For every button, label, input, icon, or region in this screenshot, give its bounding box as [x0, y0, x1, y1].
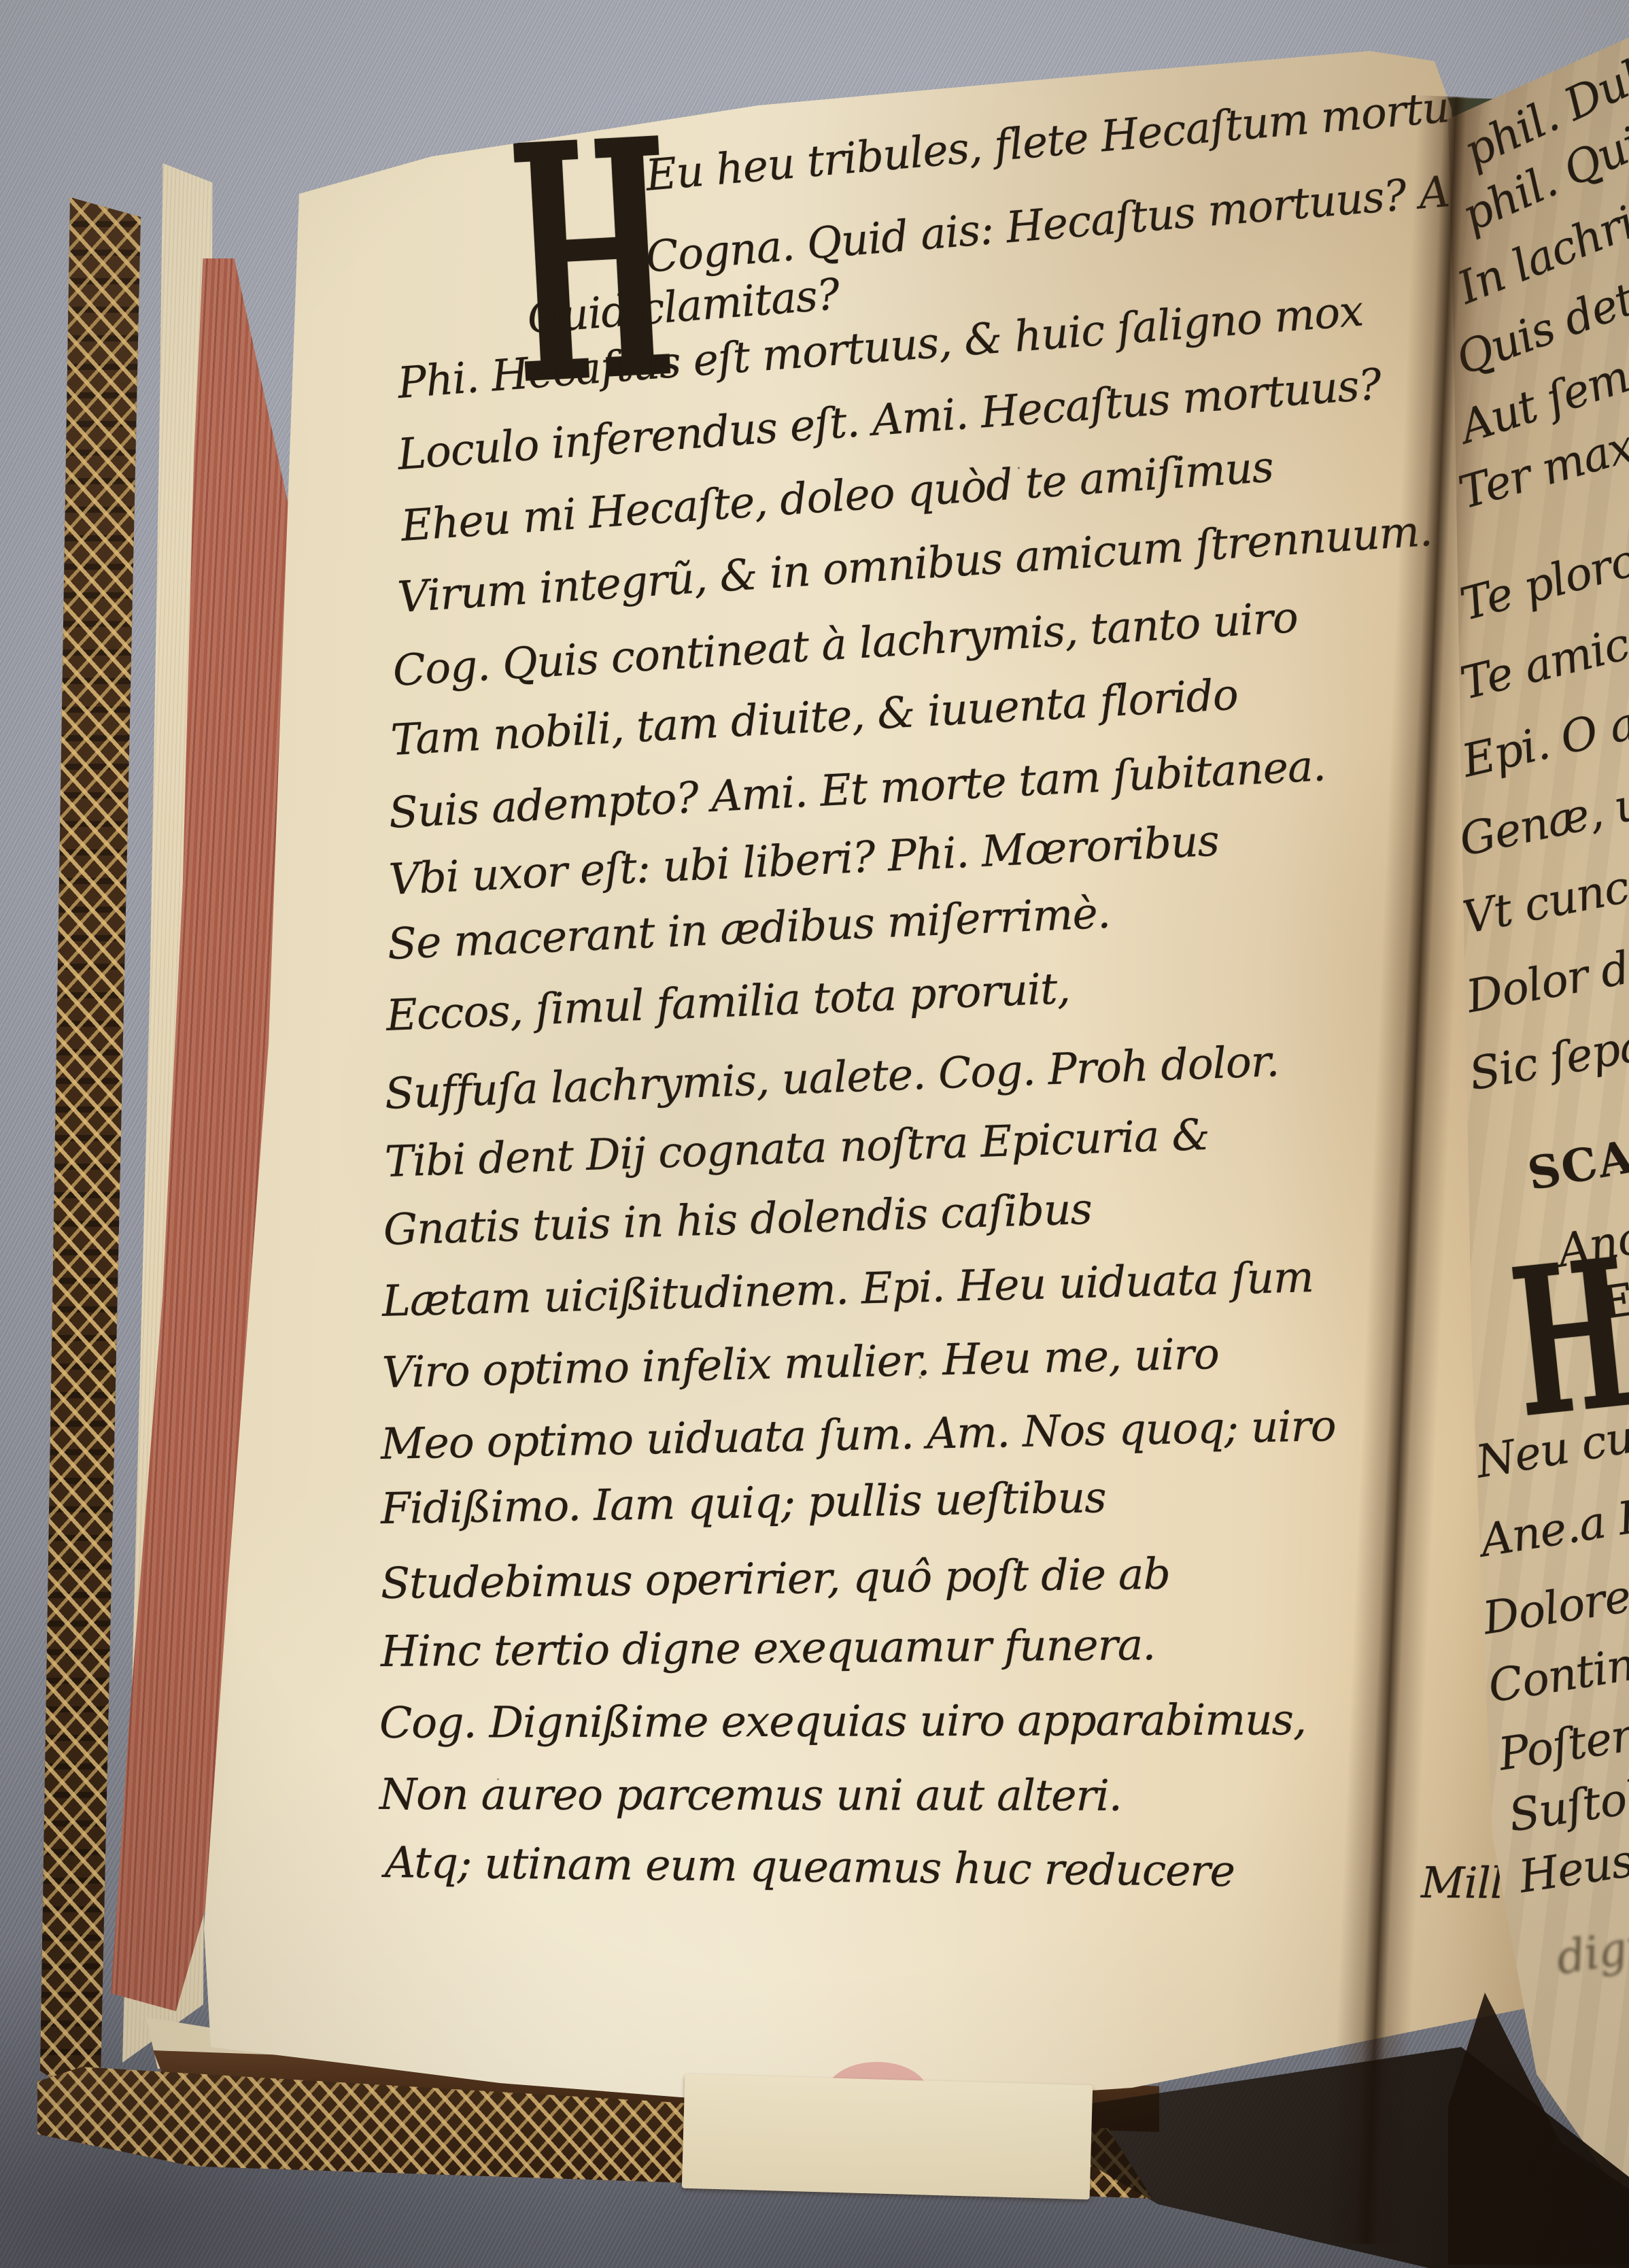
text-line-fragment: Dolore: [1479, 1570, 1629, 1645]
text-line-fragment: Poſteri: [1495, 1707, 1629, 1781]
text-line: Fidißimo. Iam quiq; pullis ueſtibus: [380, 1471, 1106, 1536]
text-line: Studebimus operirier, quô poſt die ab: [381, 1548, 1171, 1610]
text-line-fragment: Dolor dol: [1462, 934, 1629, 1023]
paper-repair-tab: [682, 2074, 1093, 2200]
text-line: Meo optimo uiduata ſum. Am. Nos quoq; ui…: [380, 1400, 1336, 1471]
scene-heading-fragment: SCAE: [1523, 1119, 1629, 1204]
text-line: Non aureo parcemus uni aut alteri.: [379, 1768, 1122, 1823]
text-line: Tibi dent Dij cognata noſtra Epicuria &: [384, 1108, 1210, 1189]
text-line: Eccos, ſimul familia tota proruit,: [385, 962, 1071, 1043]
text-line: Atq; utinam eum queamus huc reducere: [385, 1836, 1235, 1898]
text-line-fragment: Suſtoll: [1505, 1769, 1629, 1843]
text-line: Lætam uicißitudinem. Epi. Heu uiduata ſu…: [381, 1251, 1314, 1328]
ghost-text-fragment: dign: [1553, 1918, 1629, 1986]
text-line: Gnatis tuis in his dolendis caſibus: [383, 1183, 1093, 1257]
text-line-fragment: Te ploro H: [1455, 520, 1629, 632]
text-line: Hinc tertio digne exequamur funera.: [381, 1619, 1156, 1678]
text-line-fragment: Sic ſepara: [1465, 1010, 1629, 1101]
text-line: Cog. Dignißime exequias uiro apparabimus…: [379, 1693, 1306, 1750]
text-line: Suffuſa lachrymis, ualete. Cog. Proh dol…: [384, 1035, 1280, 1121]
text-line: Viro optimo infelix mulier. Heu me, uiro: [381, 1327, 1219, 1400]
text-line-fragment: Ane.a H: [1477, 1488, 1629, 1568]
text-line-fragment: Vt cuncta: [1458, 852, 1629, 945]
left-page: Philoponus, Cognati, Amici. Vxor cum fam…: [146, 24, 1554, 2139]
text-line-fragment: Contin: [1485, 1638, 1629, 1714]
text-line-fragment: Heus ſ: [1515, 1830, 1629, 1904]
